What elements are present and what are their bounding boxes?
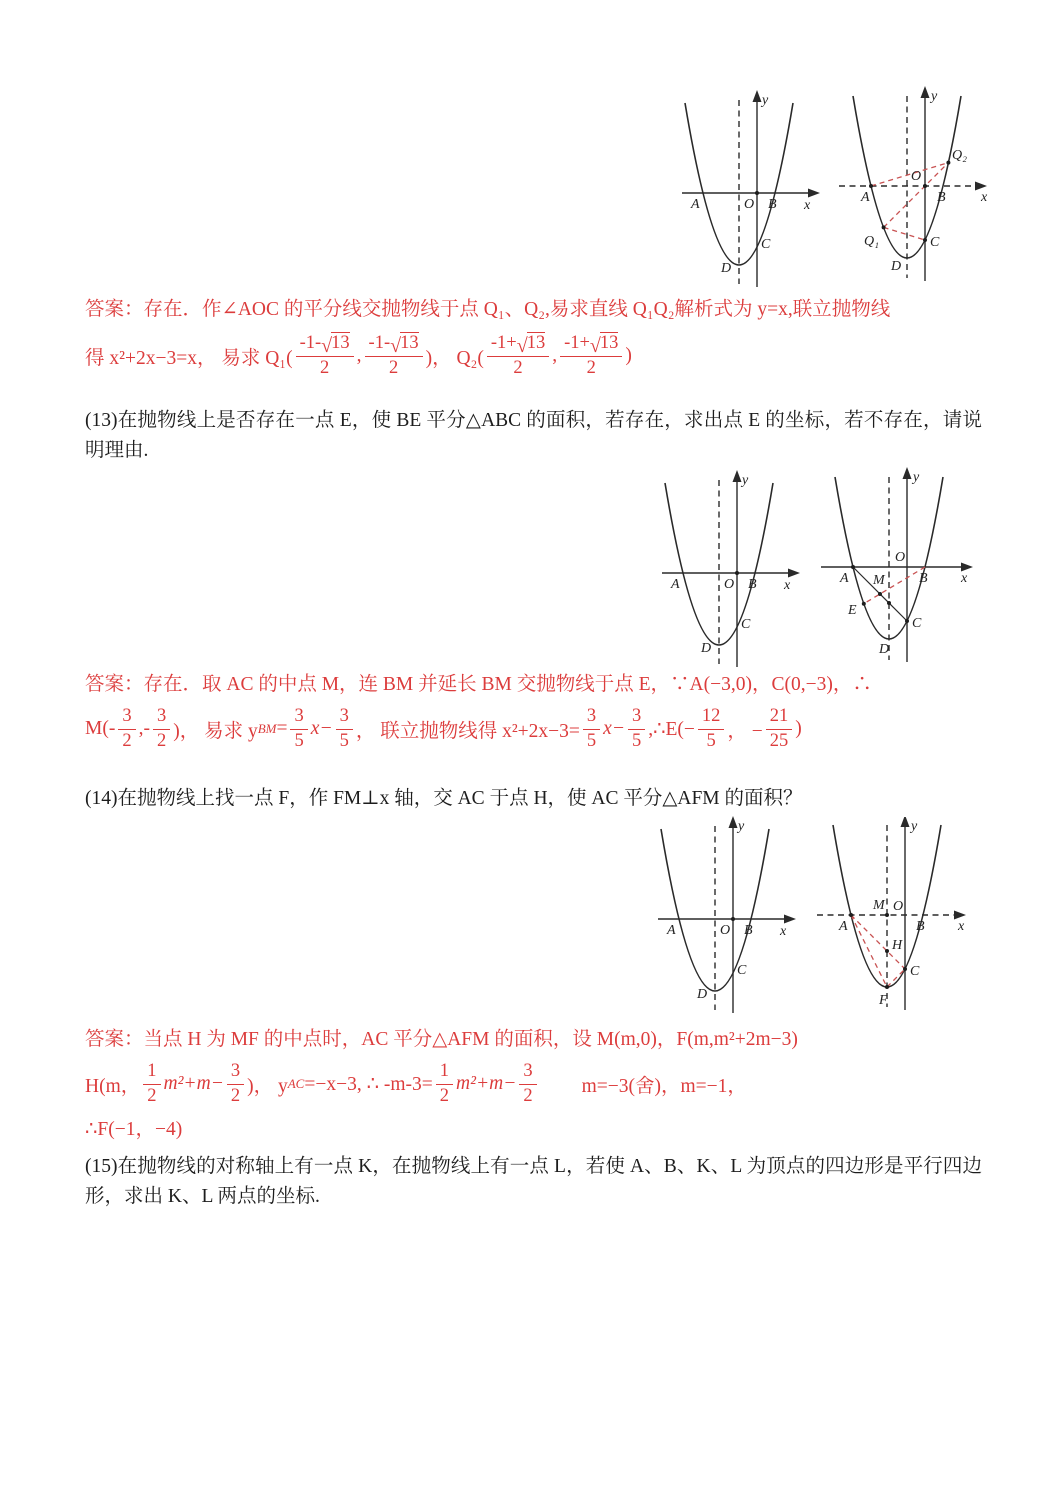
point-a-dot [851,565,855,569]
segment-q1-c-red-dashed [884,227,925,240]
point-label-q1: Q₁ [864,234,879,249]
segment-a-f-red-dashed [851,915,887,987]
y-axis-arrow-icon [753,90,762,102]
formula-text: ,- [139,718,150,740]
figure-3-right-parabola-afm: M O A B x y H C F [812,817,987,1017]
y-axis-arrow-icon [921,86,930,98]
x-axis-arrow-icon [808,189,820,198]
answer-12-line1: 答案：存在．作∠AOC 的平分线交抛物线于点 Q₁、Q₂,易求直线 Q₁Q₂解析… [85,296,985,323]
formula-text: )， Q₂( [426,342,484,370]
point-label-o: O [724,577,734,592]
formula-text: ,∴E(− [648,717,695,741]
y-axis-arrow-icon [733,470,742,482]
axis-label-y: y [740,473,749,488]
formula-text: x− [603,718,625,740]
point-c-dot [923,238,927,242]
formula-text: H(m， [85,1070,140,1098]
point-label-m: M [872,573,886,588]
point-c-dot [903,967,907,971]
answer-14-block: 答案：当点 H 为 MF 的中点时，AC 平分△AFM 的面积，设 M(m,0)… [85,1026,995,1143]
fraction-3-2: 32 [227,1061,244,1107]
formula-text: , [357,345,362,367]
formula-text: , [552,345,557,367]
point-label-d: D [878,642,889,657]
figure-2-right-parabola-bme: A O M B x y E C D [815,466,990,666]
answer-13-line1: 答案：存在．取 AC 的中点 M，连 BM 并延长 BM 交抛物线于点 E，∵A… [85,671,995,698]
point-label-b: B [744,923,753,938]
point-label-o: O [911,169,921,184]
point-label-c: C [910,964,920,979]
point-label-d: D [696,987,707,1002]
y-axis-arrow-icon [901,817,910,827]
question-13-text: (13)在抛物线上是否存在一点 E，使 BE 平分△ABC 的面积，若存在，求出… [85,406,982,466]
origin-dot [923,184,927,188]
axis-label-x: x [779,924,787,939]
point-label-b: B [916,919,925,934]
x-axis-arrow-icon [784,915,796,924]
point-label-m: M [872,898,886,913]
point-label-o: O [895,550,905,565]
point-label-b: B [748,577,757,592]
point-e-dot [862,602,866,606]
fraction-3-2: 32 [153,706,170,752]
axis-label-x: x [783,578,791,593]
formula-text: m²+m− [164,1073,224,1095]
figure-1-left-parabola: A O B x y C D [660,86,820,291]
answer-14-line1: 答案：当点 H 为 MF 的中点时，AC 平分△AFM 的面积，设 M(m,0)… [85,1026,995,1053]
fraction-12-5: 125 [698,706,725,752]
point-label-b: B [919,571,928,586]
formula-text: M(- [85,718,115,740]
fraction-21-25: 2125 [766,706,793,752]
segment-f-c-red-dashed [887,969,905,987]
point-label-d: D [700,641,711,656]
formula-text: ) [795,718,802,740]
fraction-3-2: 32 [519,1061,536,1107]
point-label-d: D [890,259,901,274]
formula-text: m=−3(舍)，m=−1， [582,1070,747,1098]
formula-text: = [276,718,287,740]
point-label-c: C [761,237,771,252]
point-label-q2: Q₂ [952,148,967,163]
worksheet-page: A O B x y C D A O B x y Q₁ Q₂ C D 答案：存在．… [0,0,1060,1508]
axis-label-x: x [803,198,811,213]
origin-dot [735,571,739,575]
formula-text: x− [311,718,333,740]
point-label-d: D [720,261,731,276]
subscript-ac: AC [288,1076,305,1092]
point-f-dot [885,985,889,989]
point-label-c: C [741,617,751,632]
point-label-a: A [838,919,848,934]
point-label-a: A [666,923,676,938]
axis-label-y: y [929,89,938,104]
formula-text: ， − [727,715,762,743]
y-axis-arrow-icon [729,816,738,828]
axis-label-x: x [980,190,988,205]
formula-text: ) [625,345,632,367]
fraction-q1-x: -1-√13 2 [296,332,354,379]
point-label-h: H [891,938,903,953]
formula-text: =−x−3, ∴ -m-3= [304,1072,432,1096]
axis-label-x: x [960,571,968,586]
answer-14-line2: H(m， 12 m²+m− 32 )， yAC =−x−3, ∴ -m-3= 1… [85,1061,995,1107]
axis-label-x: x [957,919,965,934]
point-label-a: A [670,577,680,592]
point-q1-dot [882,225,886,229]
point-label-o: O [744,197,754,212]
point-q2-dot [946,161,950,165]
fraction-3-5: 35 [336,706,353,752]
origin-dot [731,917,735,921]
fraction-1-2: 12 [436,1061,453,1107]
axis-label-y: y [909,819,918,834]
axis-label-y: y [911,470,920,485]
answer-13-line2: M(- 32 ,- 32 )， 易求 yBM = 35 x− 35 ， 联立抛物… [85,706,995,752]
formula-text: )， y [247,1070,288,1098]
point-label-c: C [912,616,922,631]
figure-1-right-parabola-q1q2: A O B x y Q₁ Q₂ C D [835,86,1010,291]
question-15-text: (15)在抛物线的对称轴上有一点 K，在抛物线上有一点 L，若使 A、B、K、L… [85,1152,982,1212]
fraction-q1-y: -1-√13 2 [365,332,423,379]
answer-13-block: 答案：存在．取 AC 的中点 M，连 BM 并延长 BM 交抛物线于点 E，∵A… [85,671,995,752]
point-label-c: C [930,235,940,250]
axis-label-y: y [760,93,769,108]
formula-text: 得 x²+2x−3=x， 易求 Q₁( [85,342,293,370]
figure-2-left-parabola: A O B x y C D [640,466,800,671]
y-axis-arrow-icon [903,467,912,479]
formula-text: ， 联立抛物线得 x²+2x−3= [356,715,580,743]
point-label-o: O [893,899,903,914]
point-m-dot [885,913,889,917]
point-label-e: E [847,603,857,618]
fraction-3-2: 32 [118,706,135,752]
origin-dot [755,191,759,195]
point-label-b: B [768,197,777,212]
point-a-dot [869,184,873,188]
fraction-3-5: 35 [583,706,600,752]
figure-3-left-parabola: A O B x y C D [636,812,796,1017]
fraction-q2-y: -1+√13 2 [560,332,622,379]
fraction-q2-x: -1+√13 2 [487,332,549,379]
fraction-1-2: 12 [143,1061,160,1107]
point-label-f: F [878,993,888,1008]
formula-text: m²+m− [456,1073,516,1095]
fraction-3-5: 35 [290,706,307,752]
point-h-dot [885,949,889,953]
point-label-a: A [860,190,870,205]
point-label-b: B [937,190,946,205]
question-14-text: (14)在抛物线上找一点 F，作 FM⊥x 轴，交 AC 于点 H，使 AC 平… [85,784,982,814]
answer-12-block: 答案：存在．作∠AOC 的平分线交抛物线于点 Q₁、Q₂,易求直线 Q₁Q₂解析… [85,296,985,379]
axis-label-y: y [736,819,745,834]
point-label-a: A [839,571,849,586]
point-label-a: A [690,197,700,212]
fraction-3-5: 35 [628,706,645,752]
point-m-dot [878,592,882,596]
point-on-ac-dot [887,601,891,605]
answer-12-line2: 得 x²+2x−3=x， 易求 Q₁( -1-√13 2 , -1-√13 2 … [85,332,985,379]
subscript-bm: BM [258,721,277,737]
point-a-dot [849,913,853,917]
answer-14-line3: ∴F(−1，−4) [85,1116,995,1143]
x-axis-arrow-icon [788,569,800,578]
point-label-o: O [720,923,730,938]
point-c-dot [905,619,909,623]
formula-text: )， 易求 y [173,715,258,743]
point-label-c: C [737,963,747,978]
